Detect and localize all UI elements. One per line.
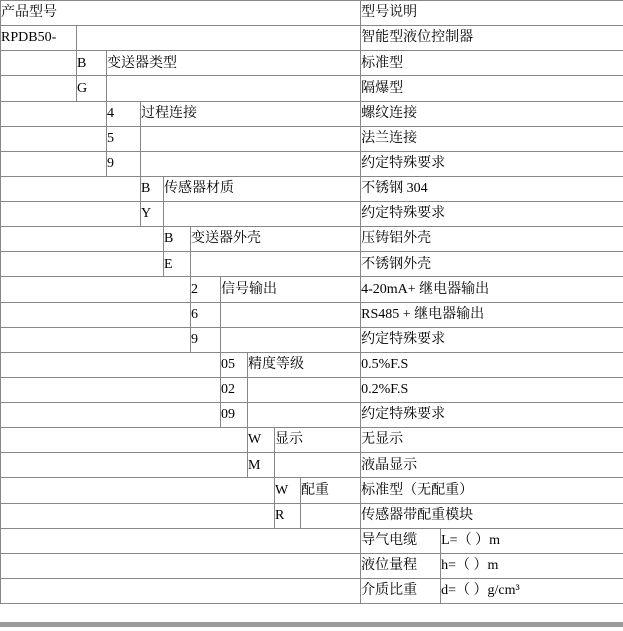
cell-label: 精度等级 (248, 352, 361, 377)
cell-label: 显示 (275, 428, 361, 453)
table-row: W显示无显示 (1, 428, 623, 453)
cell-label (221, 302, 361, 327)
cell-speclabel: 介质比重 (361, 578, 441, 603)
cell-empty (1, 51, 77, 76)
cell-empty (1, 377, 221, 402)
cell-empty (1, 101, 107, 126)
cell-empty (1, 302, 191, 327)
cell-desc: 智能型液位控制器 (361, 26, 623, 51)
cell-label: 变送器类型 (107, 51, 361, 76)
cell-code: G (77, 76, 107, 101)
cell-header: 产品型号 (1, 1, 361, 26)
table-row: 9约定特殊要求 (1, 327, 623, 352)
cell-empty (77, 26, 361, 51)
cell-desc: 0.5%F.S (361, 352, 623, 377)
cell-desc: 标准型（无配重） (361, 478, 623, 503)
cell-desc: RS485 + 继电器输出 (361, 302, 623, 327)
cell-desc: 约定特殊要求 (361, 151, 623, 176)
table-row: 6RS485 + 继电器输出 (1, 302, 623, 327)
cell-code: 2 (191, 277, 221, 302)
table-row: M液晶显示 (1, 453, 623, 478)
cell-code: 5 (107, 126, 141, 151)
cell-empty (1, 76, 77, 101)
cell-specvalue: d=（ ）g/cm³ (441, 578, 623, 603)
cell-label: 过程连接 (141, 101, 361, 126)
table-row: 09约定特殊要求 (1, 403, 623, 428)
table-row: E不锈钢外壳 (1, 252, 623, 277)
cell-desc: 约定特殊要求 (361, 327, 623, 352)
cell-desc: 螺纹连接 (361, 101, 623, 126)
cell-label: 信号输出 (221, 277, 361, 302)
cell-desc: 标准型 (361, 51, 623, 76)
cell-model: RPDB50- (1, 26, 77, 51)
table-row: 2信号输出4-20mA+ 继电器输出 (1, 277, 623, 302)
cell-desc: 不锈钢 304 (361, 176, 623, 201)
cell-empty (1, 528, 361, 553)
cell-empty (1, 227, 164, 252)
cell-label: 变送器外壳 (191, 227, 361, 252)
cell-code: B (77, 51, 107, 76)
table-row: G隔爆型 (1, 76, 623, 101)
cell-code: 4 (107, 101, 141, 126)
cell-desc: 无显示 (361, 428, 623, 453)
cell-code: W (248, 428, 275, 453)
cell-code: B (164, 227, 191, 252)
cell-empty (1, 176, 141, 201)
cell-label (191, 252, 361, 277)
cell-specvalue: L=（ ）m (441, 528, 623, 553)
table-row: RPDB50-智能型液位控制器 (1, 26, 623, 51)
cell-label (107, 76, 361, 101)
cell-label: 配重 (301, 478, 361, 503)
cell-empty (1, 553, 361, 578)
cell-empty (1, 126, 107, 151)
cell-desc: 液晶显示 (361, 453, 623, 478)
cell-desc: 型号说明 (361, 1, 623, 26)
cell-empty (1, 453, 248, 478)
cell-label (164, 202, 361, 227)
cell-label (301, 503, 361, 528)
cell-empty (1, 403, 221, 428)
cell-desc: 4-20mA+ 继电器输出 (361, 277, 623, 302)
cell-code: 05 (221, 352, 248, 377)
cell-empty (1, 428, 248, 453)
table-row: B变送器类型标准型 (1, 51, 623, 76)
cell-code: 9 (107, 151, 141, 176)
cell-empty (1, 503, 275, 528)
cell-code: 02 (221, 377, 248, 402)
cell-label (141, 126, 361, 151)
cell-empty (1, 327, 191, 352)
table-row: B变送器外壳压铸铝外壳 (1, 227, 623, 252)
table-row: 9约定特殊要求 (1, 151, 623, 176)
table-row: Y约定特殊要求 (1, 202, 623, 227)
cell-empty (1, 352, 221, 377)
cell-empty (1, 478, 275, 503)
table-row: 导气电缆L=（ ）m (1, 528, 623, 553)
cell-label (221, 327, 361, 352)
table-row: 020.2%F.S (1, 377, 623, 402)
cell-code: B (141, 176, 164, 201)
cell-label (141, 151, 361, 176)
cell-desc: 不锈钢外壳 (361, 252, 623, 277)
cell-label (248, 377, 361, 402)
cell-code: 6 (191, 302, 221, 327)
table-row: 产品型号型号说明 (1, 1, 623, 26)
cell-code: W (275, 478, 301, 503)
table-row: 4过程连接螺纹连接 (1, 101, 623, 126)
cell-desc: 法兰连接 (361, 126, 623, 151)
model-selection-table: 产品型号型号说明RPDB50-智能型液位控制器B变送器类型标准型G隔爆型4过程连… (0, 0, 623, 604)
cell-label (275, 453, 361, 478)
cell-desc: 压铸铝外壳 (361, 227, 623, 252)
cell-speclabel: 液位量程 (361, 553, 441, 578)
cell-desc: 隔爆型 (361, 76, 623, 101)
table-row: W配重标准型（无配重） (1, 478, 623, 503)
document-page: { "colors": { "background": "#ffffff", "… (0, 0, 623, 631)
cell-code: Y (141, 202, 164, 227)
table-row: R传感器带配重模块 (1, 503, 623, 528)
cell-code: E (164, 252, 191, 277)
cell-speclabel: 导气电缆 (361, 528, 441, 553)
cell-desc: 传感器带配重模块 (361, 503, 623, 528)
cell-label: 传感器材质 (164, 176, 361, 201)
cell-code: 9 (191, 327, 221, 352)
cell-empty (1, 202, 141, 227)
table-row: B传感器材质不锈钢 304 (1, 176, 623, 201)
cell-label (248, 403, 361, 428)
table-row: 05精度等级0.5%F.S (1, 352, 623, 377)
cell-empty (1, 252, 164, 277)
cell-code: R (275, 503, 301, 528)
cell-desc: 约定特殊要求 (361, 403, 623, 428)
table-row: 液位量程h=（ ）m (1, 553, 623, 578)
cell-desc: 0.2%F.S (361, 377, 623, 402)
page-bottom-divider (0, 622, 623, 627)
cell-code: 09 (221, 403, 248, 428)
cell-code: M (248, 453, 275, 478)
table-row: 介质比重d=（ ）g/cm³ (1, 578, 623, 603)
cell-empty (1, 277, 191, 302)
cell-empty (1, 151, 107, 176)
cell-specvalue: h=（ ）m (441, 553, 623, 578)
table-row: 5法兰连接 (1, 126, 623, 151)
cell-empty (1, 578, 361, 603)
cell-desc: 约定特殊要求 (361, 202, 623, 227)
